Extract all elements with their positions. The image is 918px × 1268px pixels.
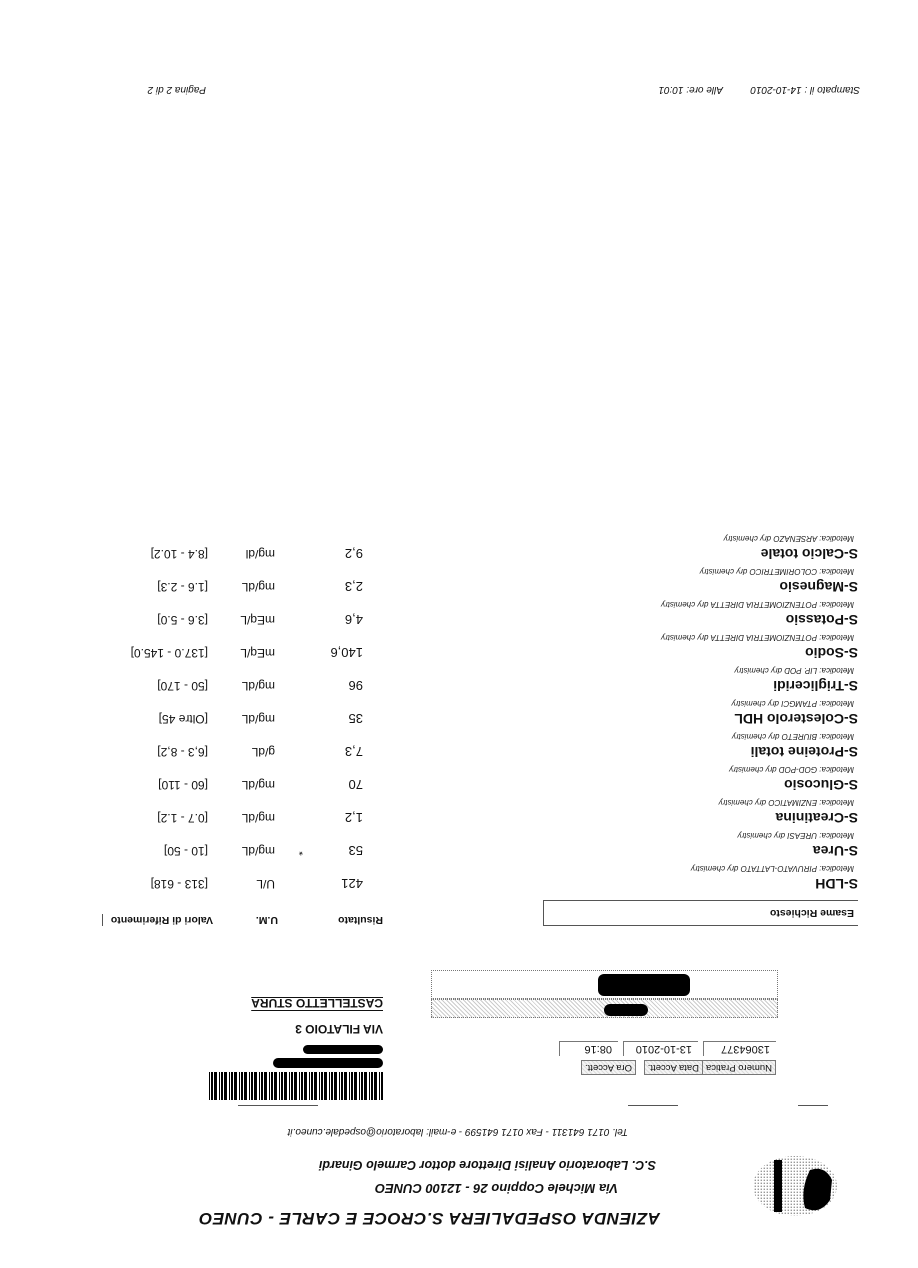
exam-name: S-Calcio totale	[761, 546, 858, 562]
exam-unit: mEq/L	[240, 613, 275, 627]
reference-range: [50 - 170]	[157, 679, 208, 693]
time-label: Alle ore:	[686, 84, 723, 95]
reference-range: [10 - 50]	[164, 844, 208, 858]
exam-unit: mg/dL	[242, 712, 275, 726]
exam-name: S-Creatinina	[776, 810, 858, 826]
exam-value: 53	[349, 843, 363, 858]
reference-range: [137.0 - 145.0]	[131, 646, 208, 660]
exam-method: Metodica: ENZIMATICO dry chemistry	[719, 798, 854, 807]
table-row: S-Proteine totaliMetodica: BIURETO dry c…	[58, 727, 858, 760]
lab-report-page: AZIENDA OSPEDALIERA S.CROCE E CARLE - CU…	[0, 0, 918, 1268]
table-row: S-PotassioMetodica: POTENZIOMETRIA DIRET…	[58, 595, 858, 628]
exam-name: S-Trigliceridi	[773, 678, 858, 694]
reference-range: [60 - 110]	[158, 778, 208, 792]
exam-name: S-Glucosio	[784, 777, 858, 793]
exam-value: 4,6	[345, 612, 363, 627]
redacted-line-2	[303, 1045, 383, 1054]
exam-method: Metodica: LIP. POD dry chemistry	[735, 666, 854, 675]
table-row: S-SodioMetodica: POTENZIOMETRIA DIRETTA …	[58, 628, 858, 661]
table-row: S-TrigliceridiMetodica: LIP. POD dry che…	[58, 661, 858, 694]
acceptance-date: 13-10-2010	[623, 1041, 698, 1056]
exam-unit: mg/dL	[242, 679, 275, 693]
reference-range: [1.6 - 2.3]	[157, 580, 208, 594]
reference-range: [313 - 618]	[151, 877, 208, 891]
exam-name: S-Urea	[813, 843, 858, 859]
exam-value: 2,3	[345, 579, 363, 594]
results-table-header: Esame Richiesto Risultato U.M. Valori di…	[58, 898, 858, 938]
printed-date: 14-10-2010	[750, 84, 801, 95]
redacted-patient-name	[598, 974, 690, 996]
exam-value: 7,3	[345, 744, 363, 759]
exam-method: Metodica: ARSENAZO dry chemistry	[724, 534, 854, 543]
practice-number-label: Numero Pratica	[702, 1060, 776, 1075]
exam-value: 35	[349, 711, 363, 726]
table-row: S-Colesterolo HDLMetodica: PTAMGCI dry c…	[58, 694, 858, 727]
laboratory-name: S.C. Laboratorio Analisi Direttore dotto…	[319, 1158, 656, 1172]
table-row: S-LDHMetodica: PIRUVATO-LATTATO dry chem…	[58, 859, 858, 892]
reference-range: [Oltre 45]	[159, 712, 208, 726]
table-row: S-Calcio totaleMetodica: ARSENAZO dry ch…	[58, 529, 858, 562]
exam-method: Metodica: GOD-POD dry chemistry	[729, 765, 854, 774]
organization-address: Via Michele Coppino 26 - 12100 CUNEO	[375, 1181, 618, 1196]
printed-time: Alle ore: 10:01	[659, 84, 724, 95]
hospital-logo-icon	[750, 1152, 840, 1220]
exam-value: 421	[341, 876, 363, 891]
header-result: Risultato	[338, 914, 383, 926]
exam-unit: g/dL	[252, 745, 275, 759]
printed-label: Stampato il :	[804, 84, 860, 95]
exam-unit: mEq/L	[240, 646, 275, 660]
reference-range: [0.7 - 1.2]	[157, 811, 208, 825]
page-total: 2	[148, 84, 154, 95]
exam-unit: mg/dL	[242, 778, 275, 792]
header-reference: Valori di Riferimento	[102, 914, 213, 926]
time-value: 10:01	[659, 84, 684, 95]
exam-value: 96	[349, 678, 363, 693]
exam-unit: mg/dL	[242, 580, 275, 594]
exam-value: 140,6	[330, 645, 363, 660]
page-label: Pagina	[175, 84, 206, 95]
page-of: di	[156, 84, 164, 95]
reference-range: [8.4 - 10.2]	[151, 547, 208, 561]
acceptance-time: 08:16	[559, 1041, 618, 1056]
exam-method: Metodica: PIRUVATO-LATTATO dry chemistry	[691, 864, 854, 873]
exam-method: Metodica: PTAMGCI dry chemistry	[731, 699, 854, 708]
exam-method: Metodica: POTENZIOMETRIA DIRETTA dry che…	[661, 600, 854, 609]
printed-on: Stampato il : 14-10-2010	[750, 84, 860, 95]
redacted-line-1	[273, 1058, 383, 1068]
table-row: S-UreaMetodica: UREASI dry chemistry*53m…	[58, 826, 858, 859]
abnormal-flag: *	[299, 845, 303, 857]
exam-name: S-Sodio	[805, 645, 858, 661]
header-exam: Esame Richiesto	[543, 900, 858, 926]
exam-name: S-Colesterolo HDL	[734, 711, 858, 727]
page-indicator: Pagina 2 di 2	[148, 84, 206, 95]
exam-unit: mg/dl	[246, 547, 275, 561]
exam-name: S-Proteine totali	[751, 744, 858, 760]
exam-name: S-Potassio	[786, 612, 858, 628]
table-row: S-CreatininaMetodica: ENZIMATICO dry che…	[58, 793, 858, 826]
exam-method: Metodica: POTENZIOMETRIA DIRETTA dry che…	[661, 633, 854, 642]
patient-city: CASTELLETTO STURA	[251, 996, 383, 1010]
organization-name: AZIENDA OSPEDALIERA S.CROCE E CARLE - CU…	[199, 1208, 660, 1228]
barcode	[208, 1072, 383, 1100]
exam-unit: mg/dL	[242, 811, 275, 825]
exam-value: 1,2	[345, 810, 363, 825]
exam-name: S-LDH	[815, 876, 858, 892]
acceptance-time-label: Ora Accett.	[581, 1060, 636, 1075]
exam-method: Metodica: BIURETO dry chemistry	[732, 732, 854, 741]
exam-name: S-Magnesio	[779, 579, 858, 595]
acceptance-date-label: Data Accett.	[644, 1060, 703, 1075]
exam-value: 70	[349, 777, 363, 792]
exam-value: 9,2	[345, 546, 363, 561]
reference-range: [6,3 - 8,2]	[157, 745, 208, 759]
page-current: 2	[167, 84, 173, 95]
exam-method: Metodica: UREASI dry chemistry	[738, 831, 854, 840]
table-row: S-GlucosioMetodica: GOD-POD dry chemistr…	[58, 760, 858, 793]
contact-info: Tel. 0171 641311 - Fax 0171 641599 - e-m…	[288, 1126, 628, 1137]
patient-street: VIA FILATOIO 3	[295, 1022, 383, 1036]
exam-unit: U/L	[256, 877, 275, 891]
exam-method: Metodica: COLORIMETRICO dry chemistry	[700, 567, 854, 576]
redacted-patient-id	[604, 1004, 648, 1016]
header-unit: U.M.	[256, 914, 278, 926]
exam-unit: mg/dL	[242, 844, 275, 858]
practice-number: 13064377	[703, 1041, 776, 1056]
table-row: S-MagnesioMetodica: COLORIMETRICO dry ch…	[58, 562, 858, 595]
reference-range: [3.6 - 5.0]	[157, 613, 208, 627]
